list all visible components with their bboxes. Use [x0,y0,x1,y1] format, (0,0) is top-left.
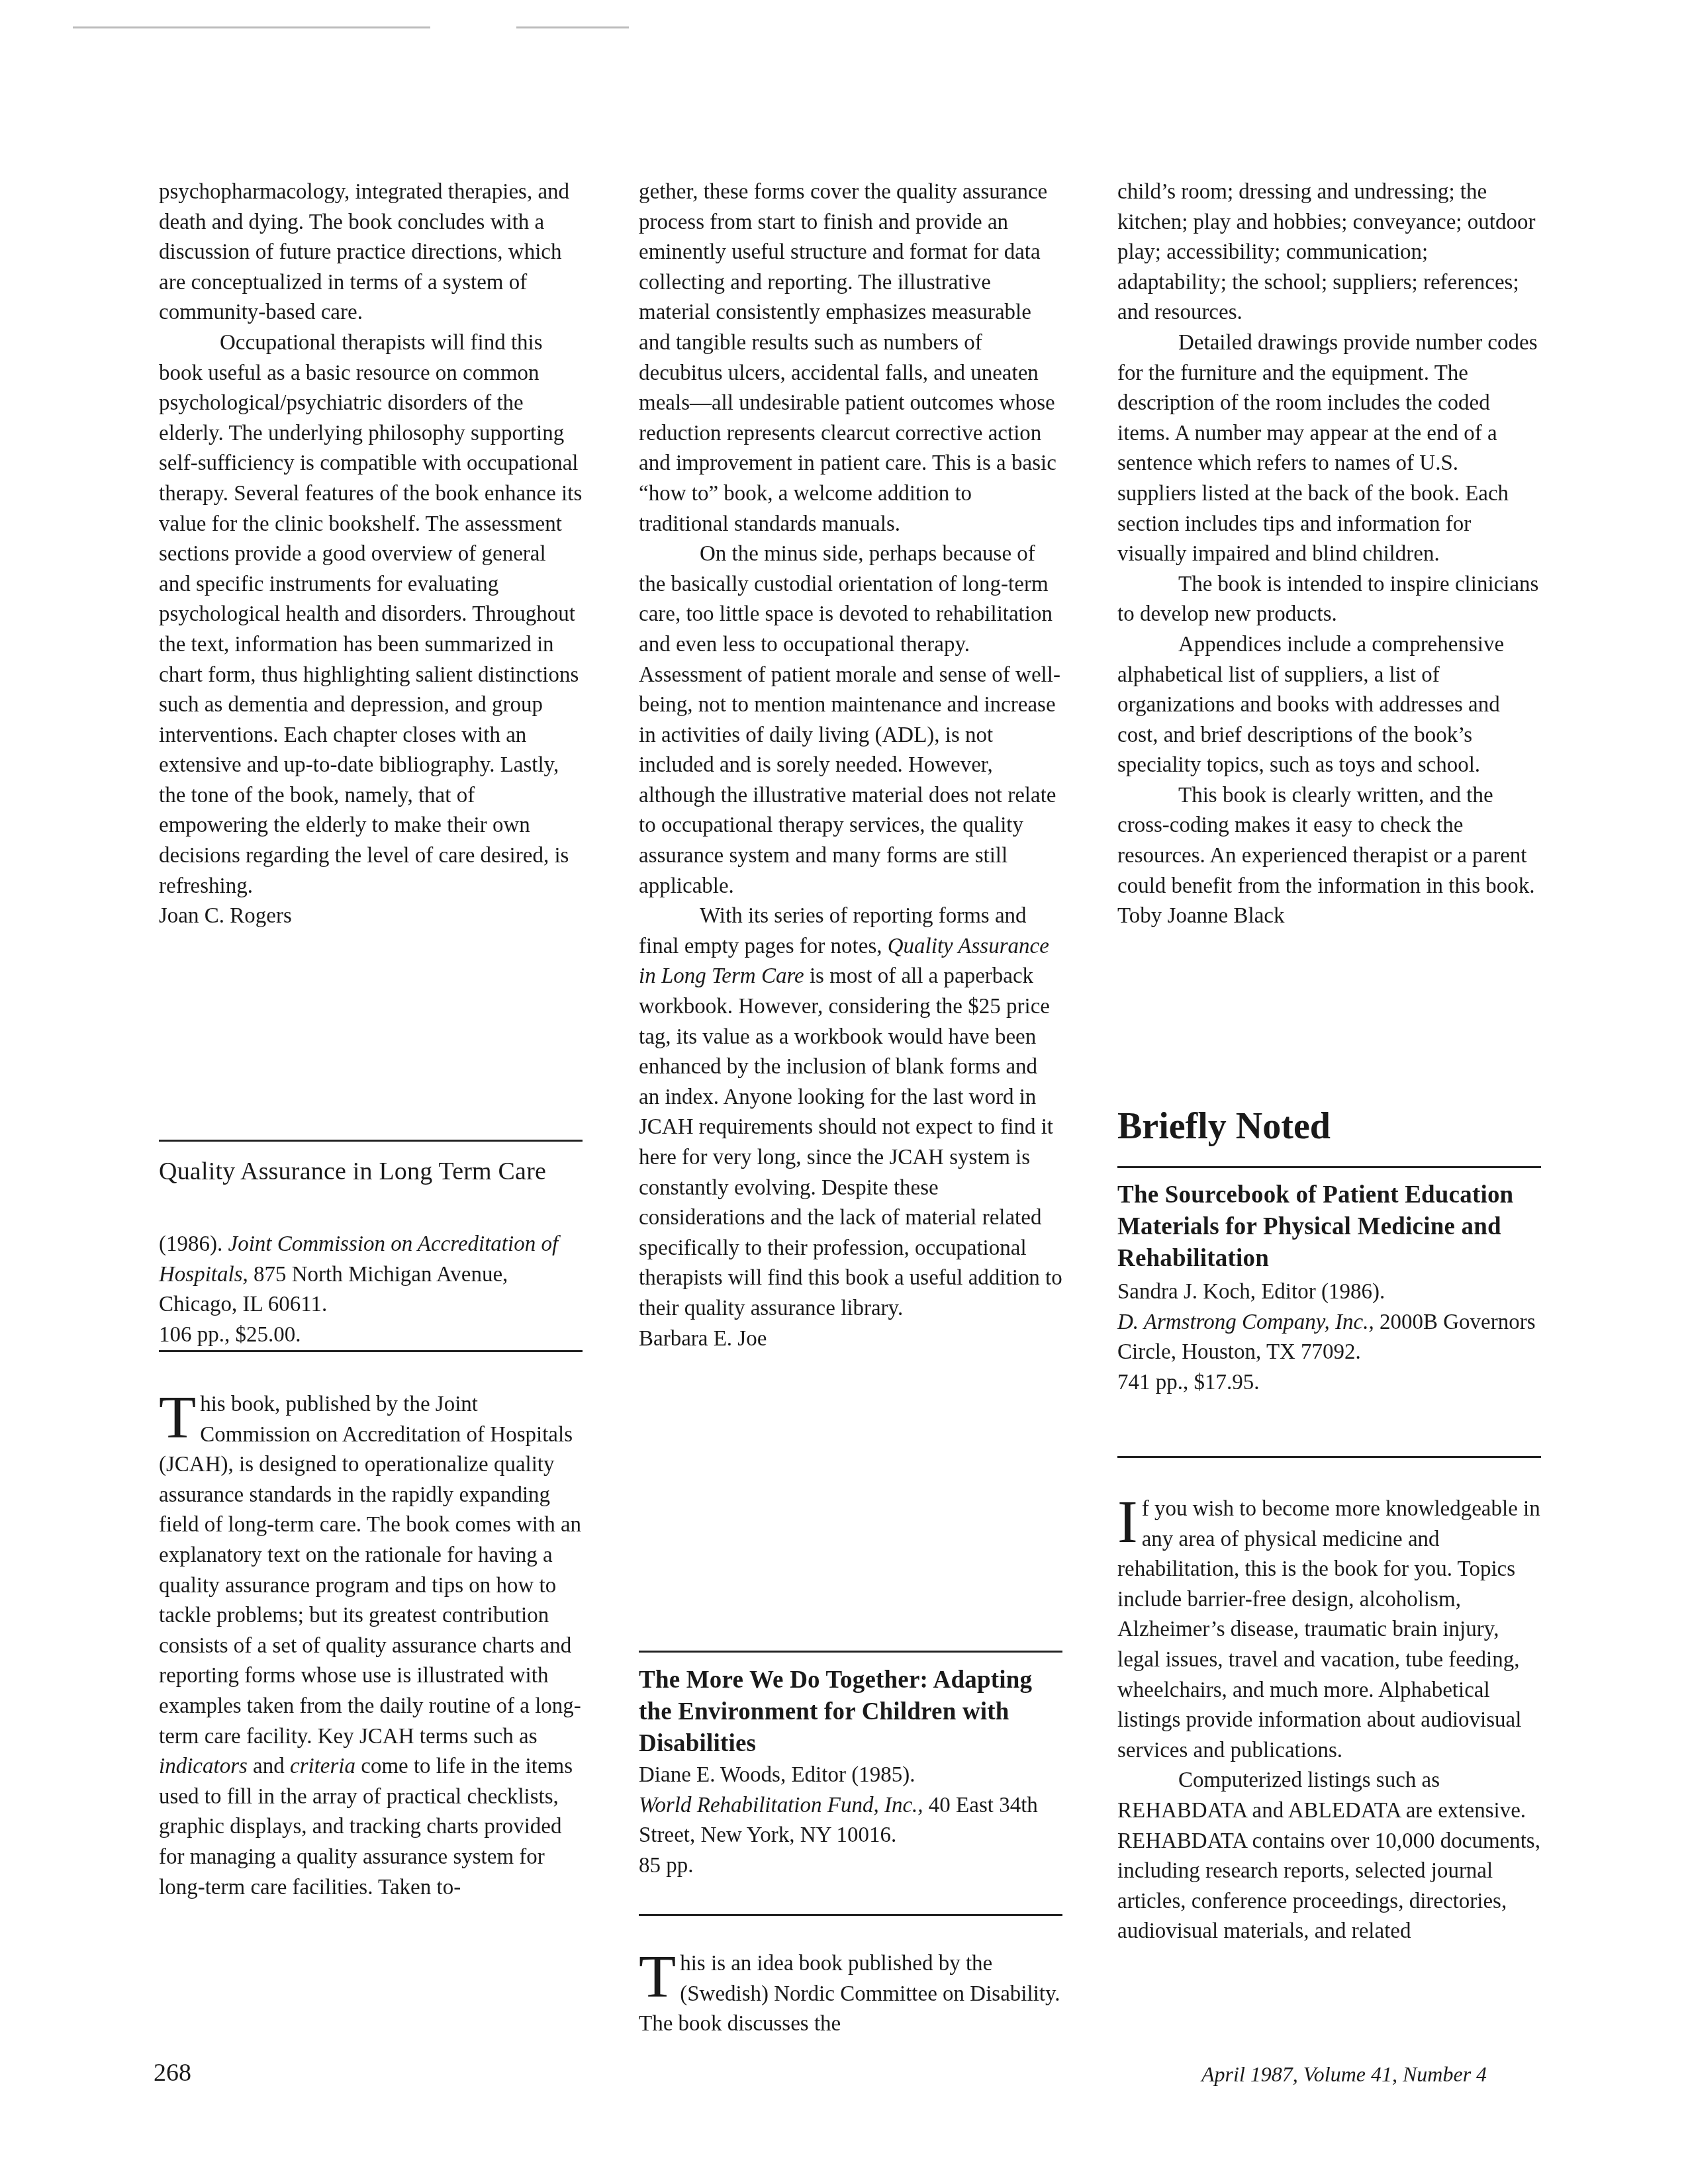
review-body: If you wish to become more knowledgeable… [1117,1494,1541,1947]
paragraph: psychopharmacology, integrated therapies… [159,177,583,328]
drop-cap: T [159,1392,196,1441]
bib-pages: 85 pp. [639,1854,694,1878]
drop-cap: T [639,1952,676,2001]
body-text: his is an idea book published by the (Sw… [639,1952,1060,2036]
section-rule [639,1914,1062,1916]
emphasized-term: criteria [290,1754,355,1778]
bib-editor: Diane E. Woods, Editor (1985). [639,1763,915,1787]
column-2-text: gether, these forms cover the quality as… [639,177,1062,1354]
paragraph: With its series of reporting forms and f… [639,901,1062,1324]
reviewer-signature: Joan C. Rogers [159,901,583,932]
bib-editor: Sandra J. Koch, Editor (1986). [1117,1280,1385,1304]
bibliographic-info: Sandra J. Koch, Editor (1986). D. Armstr… [1117,1277,1541,1398]
paragraph: This book, published by the Joint Commis… [159,1390,583,1903]
body-text: f you wish to become more knowledgeable … [1117,1497,1540,1762]
bib-year: (1986). [159,1232,222,1256]
section-rule [159,1140,583,1142]
paragraph: The book is intended to inspire clinicia… [1117,570,1541,630]
section-rule [1117,1456,1541,1458]
bib-pages: 741 pp., $17.95. [1117,1371,1260,1394]
paragraph: Detailed drawings provide number codes f… [1117,328,1541,570]
bibliographic-info: Diane E. Woods, Editor (1985). World Reh… [639,1760,1062,1881]
book-title-italic: Quality Assurance in Long Term Care [639,934,1049,989]
column-3-review-continued: child’s room; dressing and undressing; t… [1117,177,1541,932]
paragraph: Computerized listings such as REHABDATA … [1117,1766,1541,1947]
body-text: his book, published by the Joint Commiss… [159,1392,581,1749]
issue-footer: April 1987, Volume 41, Number 4 [1201,2062,1487,2087]
column-1-continued-review: psychopharmacology, integrated therapies… [159,177,583,932]
reviewer-signature: Barbara E. Joe [639,1324,1062,1355]
paragraph: Appendices include a comprehensive alpha… [1117,630,1541,781]
section-rule [1117,1166,1541,1168]
body-text: and [253,1754,285,1778]
review-title: The Sourcebook of Patient Education Mate… [1117,1179,1541,1275]
paragraph: Occupational therapists will find this b… [159,328,583,901]
emphasized-term: indicators [159,1754,248,1778]
paragraph: On the minus side, perhaps because of th… [639,539,1062,901]
reviewer-signature: Toby Joanne Black [1117,901,1541,932]
review-body: This book, published by the Joint Commis… [159,1390,583,1939]
section-rule [159,1350,583,1352]
paragraph: If you wish to become more knowledgeable… [1117,1494,1541,1766]
paragraph: child’s room; dressing and undressing; t… [1117,177,1541,328]
bib-publisher: D. Armstrong Company, Inc., [1117,1310,1374,1334]
review-body: This is an idea book published by the (S… [639,1949,1062,2040]
scan-artifact [73,26,430,28]
paragraph: This is an idea book published by the (S… [639,1949,1062,2040]
section-rule [639,1651,1062,1653]
bib-pages: 106 pp., $25.00. [159,1323,301,1347]
page-number: 268 [154,2058,191,2087]
review-title: The More We Do Together: Adapting the En… [639,1664,1062,1760]
bibliographic-info: (1986). Joint Commission on Accreditatio… [159,1230,583,1350]
section-title-briefly-noted: Briefly Noted [1117,1105,1331,1148]
review-title: Quality Assurance in Long Term Care [159,1155,583,1188]
paragraph: This book is clearly written, and the cr… [1117,781,1541,901]
paragraph: gether, these forms cover the quality as… [639,177,1062,539]
scan-artifact [516,26,629,28]
bib-publisher: World Rehabilitation Fund, Inc., [639,1794,923,1817]
drop-cap: I [1117,1497,1138,1546]
